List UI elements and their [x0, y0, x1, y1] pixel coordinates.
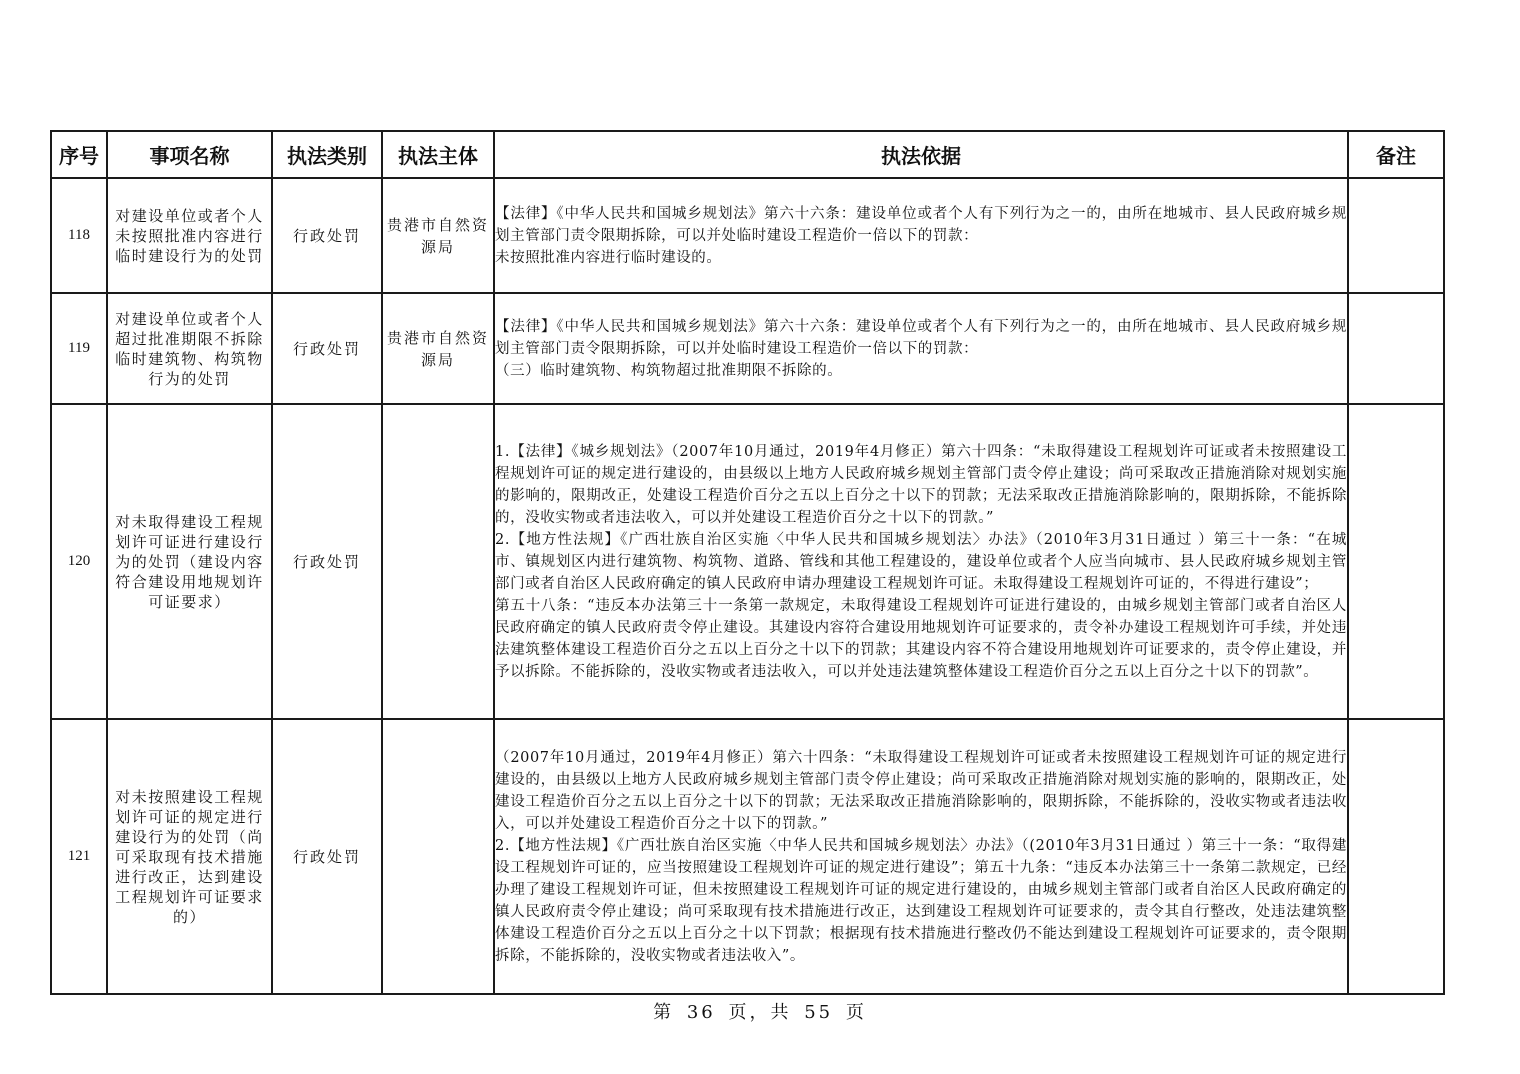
enforcement-table: 序号 事项名称 执法类别 执法主体 执法依据 备注 118 对建设单位或者个人未…	[50, 130, 1445, 995]
basis-paragraph: 【法律】《中华人民共和国城乡规划法》第六十六条：建设单位或者个人有下列行为之一的…	[495, 316, 1347, 360]
header-serial-number: 序号	[51, 131, 107, 178]
basis-paragraph: 【法律】《中华人民共和国城乡规划法》第六十六条：建设单位或者个人有下列行为之一的…	[495, 203, 1347, 247]
table-row: 119 对建设单位或者个人超过批准期限不拆除临时建筑物、构筑物行为的处罚 行政处…	[51, 293, 1444, 404]
basis-paragraph: 2.【地方性法规】《广西壮族自治区实施〈中华人民共和国城乡规划法〉办法》（(20…	[495, 835, 1347, 967]
row-number: 120	[51, 404, 107, 719]
total-pages-number: 55	[804, 1002, 833, 1023]
current-page-number: 36	[687, 1002, 716, 1023]
row-number: 118	[51, 178, 107, 293]
enforcement-subject	[382, 719, 494, 994]
row-number: 121	[51, 719, 107, 994]
footer-suffix: 页	[846, 1002, 867, 1023]
header-item-name: 事项名称	[107, 131, 272, 178]
header-enforcement-subject: 执法主体	[382, 131, 494, 178]
basis-paragraph: 1.【法律】《城乡规划法》（2007年10月通过，2019年4月修正）第六十四条…	[495, 441, 1347, 529]
header-enforcement-category: 执法类别	[272, 131, 382, 178]
basis-paragraph: （2007年10月通过，2019年4月修正）第六十四条：“未取得建设工程规划许可…	[495, 747, 1347, 835]
remarks	[1348, 719, 1444, 994]
remarks	[1348, 178, 1444, 293]
header-enforcement-basis: 执法依据	[494, 131, 1348, 178]
footer-prefix: 第	[653, 1002, 674, 1023]
row-number: 119	[51, 293, 107, 404]
table-row: 118 对建设单位或者个人未按照批准内容进行临时建设行为的处罚 行政处罚 贵港市…	[51, 178, 1444, 293]
basis-paragraph: （三）临时建筑物、构筑物超过批准期限不拆除的。	[495, 360, 1347, 382]
item-name: 对未按照建设工程规划许可证的规定进行建设行为的处罚（尚可采取现有技术措施进行改正…	[107, 719, 272, 994]
item-name: 对未取得建设工程规划许可证进行建设行为的处罚（建设内容符合建设用地规划许可证要求…	[107, 404, 272, 719]
basis-paragraph: 2.【地方性法规】《广西壮族自治区实施〈中华人民共和国城乡规划法〉办法》（201…	[495, 529, 1347, 595]
enforcement-subject: 贵港市自然资源局	[382, 178, 494, 293]
enforcement-category: 行政处罚	[272, 404, 382, 719]
item-name: 对建设单位或者个人未按照批准内容进行临时建设行为的处罚	[107, 178, 272, 293]
enforcement-basis: 【法律】《中华人民共和国城乡规划法》第六十六条：建设单位或者个人有下列行为之一的…	[494, 293, 1348, 404]
page-footer: 第 36 页，共 55 页	[0, 998, 1520, 1024]
basis-paragraph: 未按照批准内容进行临时建设的。	[495, 247, 1347, 269]
enforcement-category: 行政处罚	[272, 719, 382, 994]
item-name: 对建设单位或者个人超过批准期限不拆除临时建筑物、构筑物行为的处罚	[107, 293, 272, 404]
enforcement-basis: 1.【法律】《城乡规划法》（2007年10月通过，2019年4月修正）第六十四条…	[494, 404, 1348, 719]
enforcement-category: 行政处罚	[272, 178, 382, 293]
header-remarks: 备注	[1348, 131, 1444, 178]
enforcement-subject	[382, 404, 494, 719]
enforcement-basis: （2007年10月通过，2019年4月修正）第六十四条：“未取得建设工程规划许可…	[494, 719, 1348, 994]
enforcement-basis: 【法律】《中华人民共和国城乡规划法》第六十六条：建设单位或者个人有下列行为之一的…	[494, 178, 1348, 293]
basis-paragraph: 第五十八条：“违反本办法第三十一条第一款规定，未取得建设工程规划许可证进行建设的…	[495, 595, 1347, 683]
table-header-row: 序号 事项名称 执法类别 执法主体 执法依据 备注	[51, 131, 1444, 178]
footer-middle: 页，共	[729, 1002, 792, 1023]
table-row: 121 对未按照建设工程规划许可证的规定进行建设行为的处罚（尚可采取现有技术措施…	[51, 719, 1444, 994]
remarks	[1348, 404, 1444, 719]
remarks	[1348, 293, 1444, 404]
enforcement-category: 行政处罚	[272, 293, 382, 404]
enforcement-subject: 贵港市自然资源局	[382, 293, 494, 404]
table-row: 120 对未取得建设工程规划许可证进行建设行为的处罚（建设内容符合建设用地规划许…	[51, 404, 1444, 719]
